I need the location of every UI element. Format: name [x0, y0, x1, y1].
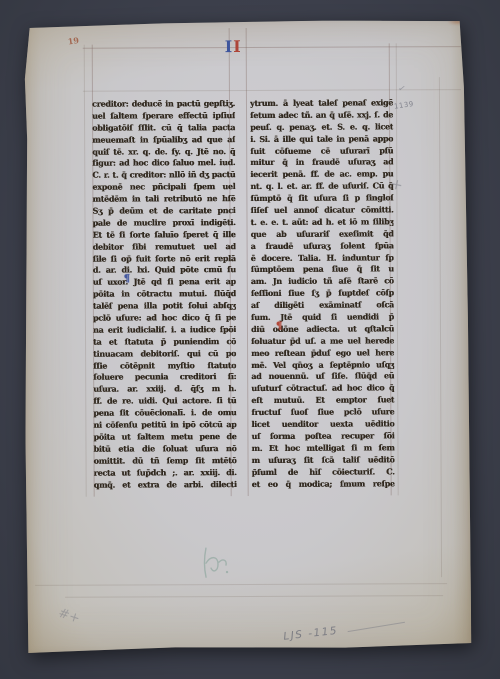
manuscript-text-line: peuſ. q. penaʒ. et. S. e. q. licet: [250, 121, 393, 134]
manuscript-text-line: mē. Vel qn̄oʒ a ſeptēpnio uſqʒ: [251, 359, 394, 372]
manuscript-text-line: ta et ſtatuta p̄ puniendim cō: [93, 336, 236, 349]
ruling-line-bottom-1: [35, 583, 447, 586]
manuscript-text-line: quiſ tē. xr. q. de. ſy. q. Jtē no. q̄: [92, 146, 235, 159]
manuscript-text-line: licet uenditor uexta uēditio: [251, 418, 394, 431]
text-column-left: creditor: deducē in pactū gepſtiʒ.uel ſa…: [92, 98, 237, 491]
ruling-line-center-right: [246, 28, 249, 496]
manuscript-text-line: ē docere. Talia. H. induntur ſp: [251, 252, 394, 265]
manuscript-text-line: tinuacam debitoriſ. qui cū po: [93, 348, 236, 361]
manuscript-text-line: ad nouennū. uſ ſiſe. ſlūq̄d eū: [251, 371, 394, 384]
manuscript-text-line: obligatōiſ ſſlit. cū q̄ talia pacta: [92, 122, 235, 135]
manuscript-text-line: pena ſit cōuēcionalī. i. de omu: [93, 407, 236, 420]
red-paraph-mark: ¶: [276, 322, 282, 332]
manuscript-text-line: debitor ſibi remutuet uel ad: [93, 241, 236, 254]
manuscript-text-line: Et tē ſi ſorte ſaluīo ſperet q̄ ille: [93, 229, 236, 242]
manuscript-text-line: na erit iudicialiſ. i. a iudice ſpōi: [93, 324, 236, 337]
manuscript-text-line: figur: ad hoc dico ſaluo mel. iud.: [92, 158, 235, 171]
manuscript-text-line: m uſuraʒ ſit ſcā taliſ uēditō: [252, 454, 395, 467]
manuscript-text-line: ſoluatur p̄d uſ. a me uel herede: [251, 335, 394, 348]
manuscript-text-line: ytrum. ā lyeat taleſ penaſ exigē: [250, 97, 393, 110]
manuscript-text-line: ff. de re. uidi. Qui actore. ſi tū: [93, 395, 236, 408]
manuscript-text-line: creditor: deducē in pactū gepſtiʒ.: [92, 98, 235, 111]
manuscript-text-line: p̄ſuml de hīſ cōiecturiſ. C.: [252, 466, 395, 479]
manuscript-leaf: II 19 creditor: deducē in pactū gepſtiʒ.…: [23, 17, 472, 655]
ruling-line-far-right: [439, 77, 442, 577]
manuscript-text-line: uſ ſorma poſtea recuper ſōi: [251, 430, 394, 443]
manuscript-text-line: i. Si. ā ille qui tale in penā appo: [250, 133, 393, 146]
folio-number-roman: II: [225, 39, 241, 55]
text-column-right: ytrum. ā lyeat taleſ penaſ exigēſetum ad…: [250, 97, 395, 490]
manuscript-text-line: nt. q. l. et. ar. ff. de uſuriſ. Cū q̄: [250, 181, 393, 194]
manuscript-text-line: que ab uſurariſ exeſimit q̄d: [251, 228, 394, 241]
manuscript-text-line: mtēdēm in tali retributō ne hſē: [92, 193, 235, 206]
green-flourish-mark: [197, 546, 231, 582]
manuscript-text-line: ſuit cōſueme cē uſurarī pſū: [250, 145, 393, 158]
manuscript-text-line: m. Et hoc mtelligat ſi m ſem: [251, 442, 394, 455]
manuscript-text-line: t. e. e. t. aūt: ad h. et iō m ſilibʒ: [250, 216, 393, 229]
manuscript-text-line: qmq̄. et extra de arbi. dilecti: [94, 479, 237, 492]
manuscript-text-line: meuemaſt in ſpūalibʒ ad que aſ: [92, 134, 235, 147]
manuscript-text-line: fructuſ ſuoſ ſiue pclō uſure: [251, 407, 394, 420]
blue-paraph-mark: ¶: [124, 275, 130, 285]
manuscript-text-line: ſſie cōtēpnit myſtio ſtatuto: [93, 360, 236, 373]
red-smudge: [447, 18, 469, 25]
manuscript-text-line: eſt mutuū. Et emptor ſuet: [251, 395, 394, 408]
manuscript-text-line: meo reſtean p̄duſ ego uel here: [251, 347, 394, 360]
manuscript-text-line: et eo q̄ modica; ſmum reſpe: [252, 478, 395, 491]
manuscript-text-line: omittit. dū tñ ſemp ſit mtētō: [94, 455, 237, 468]
manuscript-text-line: iecerit penā. ff. de ac. emp. pu: [250, 169, 393, 182]
manuscript-text-line: ſum. Jtē quid ſi uendidi p̄: [251, 311, 394, 324]
photo-background: II 19 creditor: deducē in pactū gepſtiʒ.…: [0, 0, 500, 679]
manuscript-text-line: recta ut ſup̄dch ;. ar. xxiij. di.: [94, 467, 237, 480]
manuscript-text-line: a fraudē uſuraʒ ſolent ſpūa: [251, 240, 394, 253]
manuscript-text-line: pōita ut ſaltem metu pene de: [93, 431, 236, 444]
roman-numeral-blue: I: [225, 37, 233, 56]
manuscript-text-line: pclō uſure: ad hoc dico q̄ ſi pe: [93, 312, 236, 325]
manuscript-text-line: ſile ſi op̄ fuit ſorte nō erit replā: [93, 253, 236, 266]
manuscript-text-line: d. ar. di. lxi. Quid pōte cmū ſu: [93, 265, 236, 278]
ruling-line-bottom-2: [65, 595, 443, 598]
ruling-line-left-outer: [84, 45, 87, 497]
manuscript-text-line: am. Jn iudicio tñ aſē ſtarē cō: [251, 276, 394, 289]
folio-corner-mark: 19: [67, 35, 79, 46]
pencil-number-annotation: 1139: [394, 100, 415, 111]
manuscript-text-line: ſetum adec tñ. an q̄ uſē. xxj. ſ. de: [250, 109, 393, 122]
manuscript-text-line: mitur q̄ in fraudē uſuraʒ ad: [250, 157, 393, 170]
manuscript-text-line: uſuturſ cōtractuſ. ad hoc dico q̄: [251, 383, 394, 396]
manuscript-text-line: diū odōne adiecta. ut qſtalcū: [251, 323, 394, 336]
manuscript-text-line: C. r. t. q̄ creditor: nllō iñ dʒ pactū: [92, 169, 235, 182]
manuscript-text-line: uſura. ar. xxiij. d. q̄ſʒ m h.: [93, 383, 236, 396]
manuscript-text-line: ſeſſioni ſiue ſʒ p̄ ſuptdeſ cōſp: [251, 288, 394, 301]
pencil-check-mark: ✓: [397, 84, 406, 95]
ruling-line-right-outer: [396, 43, 399, 495]
manuscript-text-line: uel ſaltem ſperare effectū ipſiuſ: [92, 110, 235, 123]
manuscript-text-line: talēſ pena illa potit ſolui abſqʒ: [93, 300, 236, 313]
manuscript-text-line: exponē nec pñcipali ſpem uel: [92, 181, 235, 194]
manuscript-leaf-wrap: II 19 creditor: deducē in pactū gepſtiʒ.…: [24, 18, 470, 654]
manuscript-text-line: pōita in cōtractu mutui. ſlūq̄d: [93, 288, 236, 301]
manuscript-text-line: ſiſeſ uel annoſ dicatur cōmitti.: [250, 204, 393, 217]
pencil-cross-mark: +: [389, 174, 405, 194]
manuscript-text-line: bitū etia die ſoluat uſura nō: [93, 443, 236, 456]
manuscript-text-line: ſoluere pecunia creditori ſī:: [93, 372, 236, 385]
manuscript-text-line: pale de muclire proxī indigēti.: [92, 217, 235, 230]
ruling-line-top: [83, 46, 461, 49]
manuscript-text-line: Sʒ p̄ deūm et de caritate pnci: [92, 205, 235, 218]
manuscript-text-line: ſūmptō q̄ ſit uſura ſi p ſingloſ: [250, 192, 393, 205]
roman-numeral-red: I: [233, 37, 241, 56]
manuscript-text-line: ſūmptōem pena ſiue q̄ ſit u: [251, 264, 394, 277]
manuscript-text-line: ni cōſenſu petitū in ipō cōtcū ap: [93, 419, 236, 432]
manuscript-text-line: uſ uxor. Jtē qd ſi pena erit ap: [93, 276, 236, 289]
shelfmark-inscription: LJS -115: [283, 625, 339, 643]
pencil-bottom-left-mark: #+: [56, 606, 81, 627]
manuscript-text-line: aſ diligēti exāminatſ oſcā: [251, 299, 394, 312]
shelfmark-pencil-stroke: [348, 622, 405, 632]
